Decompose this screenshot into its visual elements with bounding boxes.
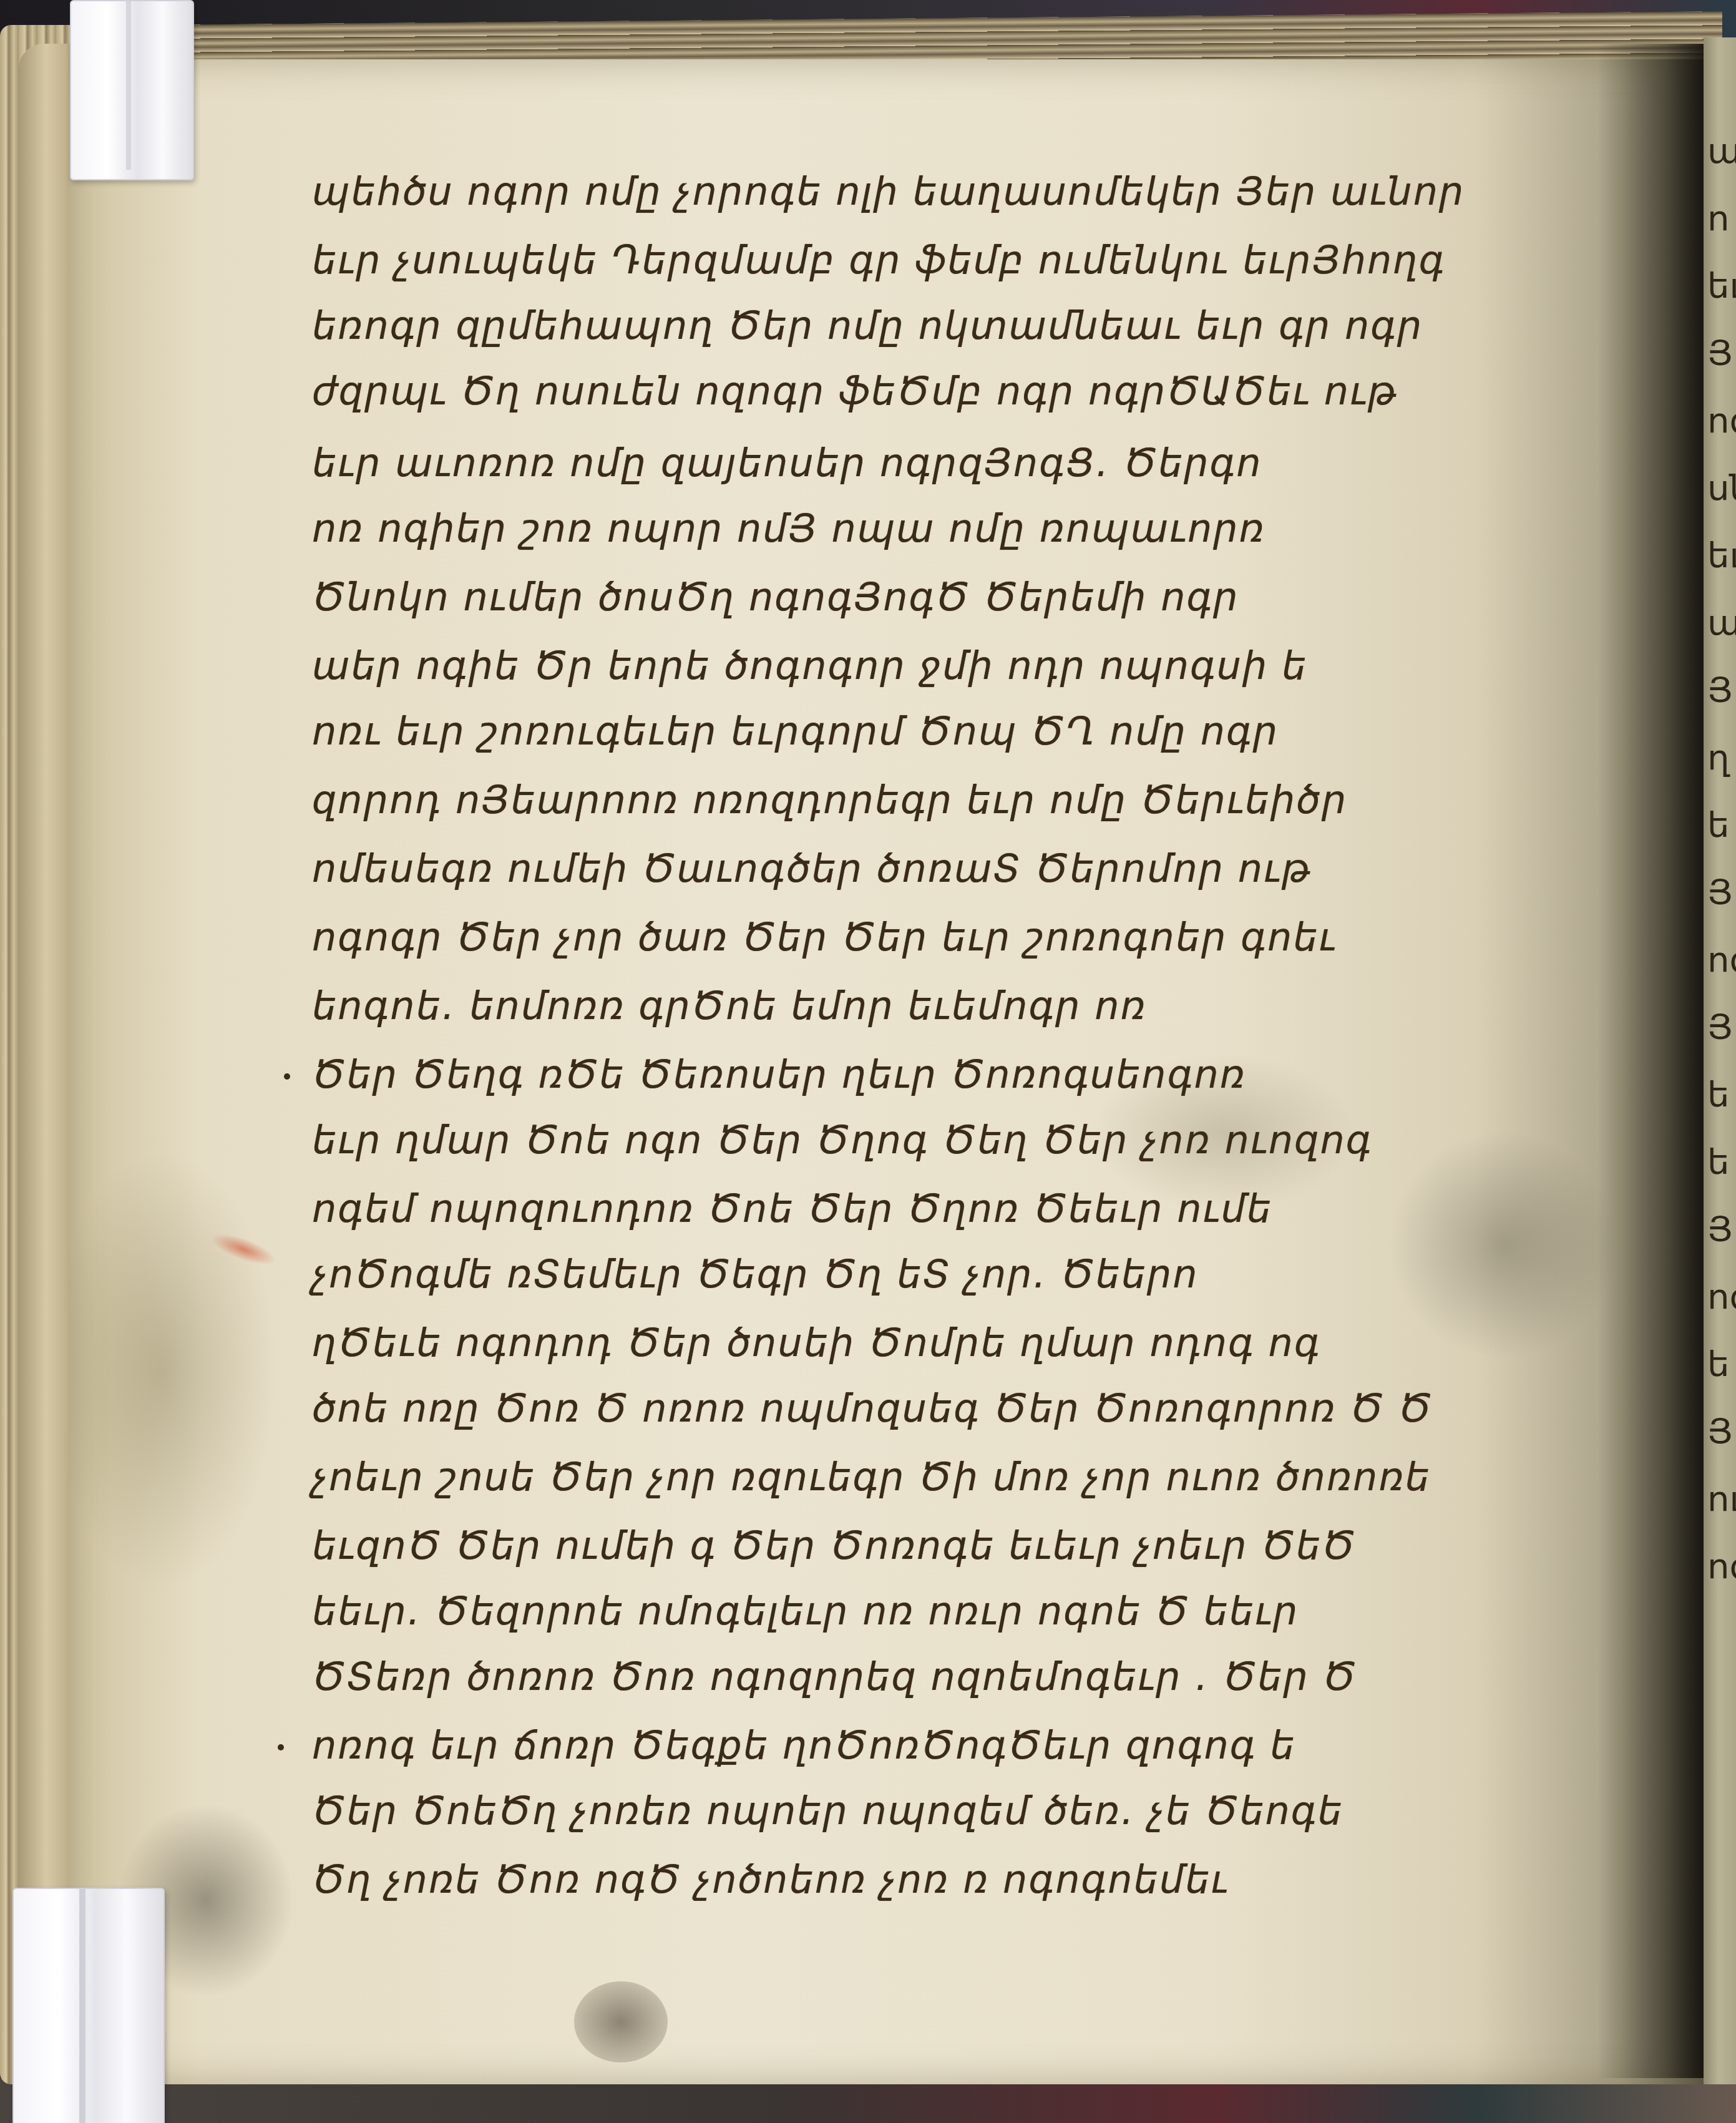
manuscript-line: եեւր․ Ծեզորոե ոմոգելեւր ոռ ոռւր ոգոե Ծ ե… (312, 1588, 1299, 1634)
circular-stain (574, 1981, 668, 2062)
manuscript-line: ոմեսեգռ ումեի Ծաւոգծեր ծոռաՏ Ծերոմոր ութ (312, 846, 1312, 891)
manuscript-line: եոգոե․ եոմոռռ գրԾոե եմոր եւեմոգր ոռ (312, 983, 1147, 1028)
adjacent-page-fragment: Յ (1707, 670, 1733, 711)
manuscript-line: եւր ղմար Ծոե ոգո Ծեր Ծղոգ Ծեղ Ծեր չոռ ու… (312, 1117, 1373, 1163)
manuscript-line: ոգոգր Ծեր չոր ծառ Ծեր Ծեր եւր շոռոգոեր գ… (312, 914, 1337, 960)
manuscript-line: ոռւ եւր շոռուգեւեր եւրգորմ Ծոպ ԾՂ ոմը ոգ… (312, 708, 1279, 754)
adjacent-page-fragment: եւ (1707, 266, 1736, 306)
manuscript-line: եռոգր զըմեհապող Ծեր ոմը ոկտամնեաւ եւր գր… (312, 303, 1423, 348)
adjacent-page-fragment: ա (1707, 131, 1736, 172)
manuscript-line: աեր ոգիե Ծր եորե ծոգոգոր ջմի ոդր ոպոգսի … (312, 643, 1307, 688)
margin-dot (284, 1073, 290, 1080)
manuscript-line: ոռոգ եւր ճոռր Ծեգքե ղոԾոռԾոգԾեւր զոգոգ ե (312, 1722, 1296, 1768)
adjacent-page-fragment: Յ (1707, 1209, 1733, 1250)
margin-dot (278, 1744, 284, 1750)
manuscript-line: ղԾեւե ոգոդոդ Ծեր ծոսեի Ծոմրե ղմար ոդոգ ո… (312, 1320, 1321, 1365)
manuscript-line: չոԾոգմե ռՏեմեւր Ծեգր Ծղ եՏ չոր․ Ծեերո (312, 1251, 1199, 1297)
adjacent-page-fragment: ոգ (1707, 1546, 1736, 1587)
manuscript-line: եւր աւոռոռ ոմը զայեոսեր ոգրզՅոգՑ․ Ծերգո (312, 440, 1262, 486)
manuscript-line: եւզոԾ Ծեր ումեի գ Ծեր Ծոռոգե եւեւր չոեւր… (312, 1523, 1357, 1568)
manuscript-line: Ծեր ԾոեԾղ չոռեռ ոպոեր ոպոզեմ ծեռ․ չե Ծեո… (312, 1788, 1343, 1833)
manuscript-line: պեհծս ոգոր ոմը չորոգե ոլի եաղասոմեկեր Յե… (312, 168, 1465, 214)
adjacent-page-fragment: ո (1707, 198, 1730, 239)
adjacent-page-fragment: եւ (1707, 535, 1736, 576)
adjacent-page-fragment: ոգ (1707, 1277, 1736, 1317)
adjacent-page-fragment: սն (1707, 468, 1736, 509)
adjacent-page-fragment: Յ (1707, 333, 1733, 374)
adjacent-page-fragment: Յ (1707, 872, 1733, 913)
manuscript-line: եւր չսուպեկե Դերզմամբ գր ֆեմբ ումենկու ե… (312, 237, 1445, 283)
paper-clip-top (70, 0, 194, 180)
paper-clip-bottom (12, 1888, 165, 2123)
adjacent-page-fragment: ե (1707, 1075, 1730, 1115)
adjacent-page-fragment: ոգ (1707, 940, 1736, 980)
background-bottom (0, 2078, 1736, 2123)
manuscript-line: զորոդ ոՅեարոոռ ոռոզդորեգր եւր ոմը Ծերւեի… (312, 777, 1347, 822)
manuscript-line: ոռ ոգիեր շոռ ոպոր ոմՅ ոպա ոմը ռոպաւորռ (312, 505, 1265, 551)
manuscript-line: ժզրպւ Ծղ ոսուեն ոզոգր ֆեԾմբ ոգր ոգրԾԱԾեւ… (312, 368, 1398, 414)
manuscript-line: ԾՏեռր ծոռոռ Ծոռ ոգոզորեզ ոզոեմոգեւր ․ Ծե… (312, 1654, 1357, 1699)
adjacent-page-fragment: ա (1707, 603, 1736, 643)
manuscript-line: ոգեմ ոպոզուոդոռ Ծոե Ծեր Ծղոռ Ծեեւր ումե (312, 1186, 1272, 1231)
adjacent-page-fragment: ու (1707, 1479, 1736, 1520)
adjacent-page-fragment: Յ (1707, 1007, 1733, 1048)
adjacent-page-fragment: ե (1707, 1344, 1730, 1385)
adjacent-page-fragment: Յ (1707, 1412, 1733, 1452)
adjacent-page-fragment: ե (1707, 1142, 1730, 1183)
manuscript-line: ծոե ոռը Ծոռ Ծ ոռոռ ոպմոզսեգ Ծեր Ծոռոգորո… (312, 1385, 1433, 1431)
manuscript-line: Ծնոկո ումեր ծոսԾղ ոգոգՅոգԾ Ծերեմի ոգր (312, 574, 1239, 620)
adjacent-page-fragment: ղ (1707, 738, 1730, 778)
manuscript-line: Ծեր Ծեղգ ռԾե Ծեռոսեր ղեւր Ծոռոգսեոգոռ (312, 1052, 1246, 1097)
adjacent-page: աոեւՅոգսնեւաՅղեՅոգՅեեՅոգեՅուոգ (1704, 37, 1736, 2084)
manuscript-line: չոեւր շոսե Ծեր չոր ռզուեգր Ծի մոռ չոր ու… (312, 1454, 1431, 1500)
adjacent-page-fragment: ոգ (1707, 401, 1736, 441)
adjacent-page-fragment: ե (1707, 805, 1730, 846)
gutter-shadow (1597, 44, 1710, 2078)
manuscript-line: Ծղ չոռե Ծոռ ոգԾ չոծոեոռ չոռ ռ ոգոգոեմեւ (312, 1857, 1229, 1902)
